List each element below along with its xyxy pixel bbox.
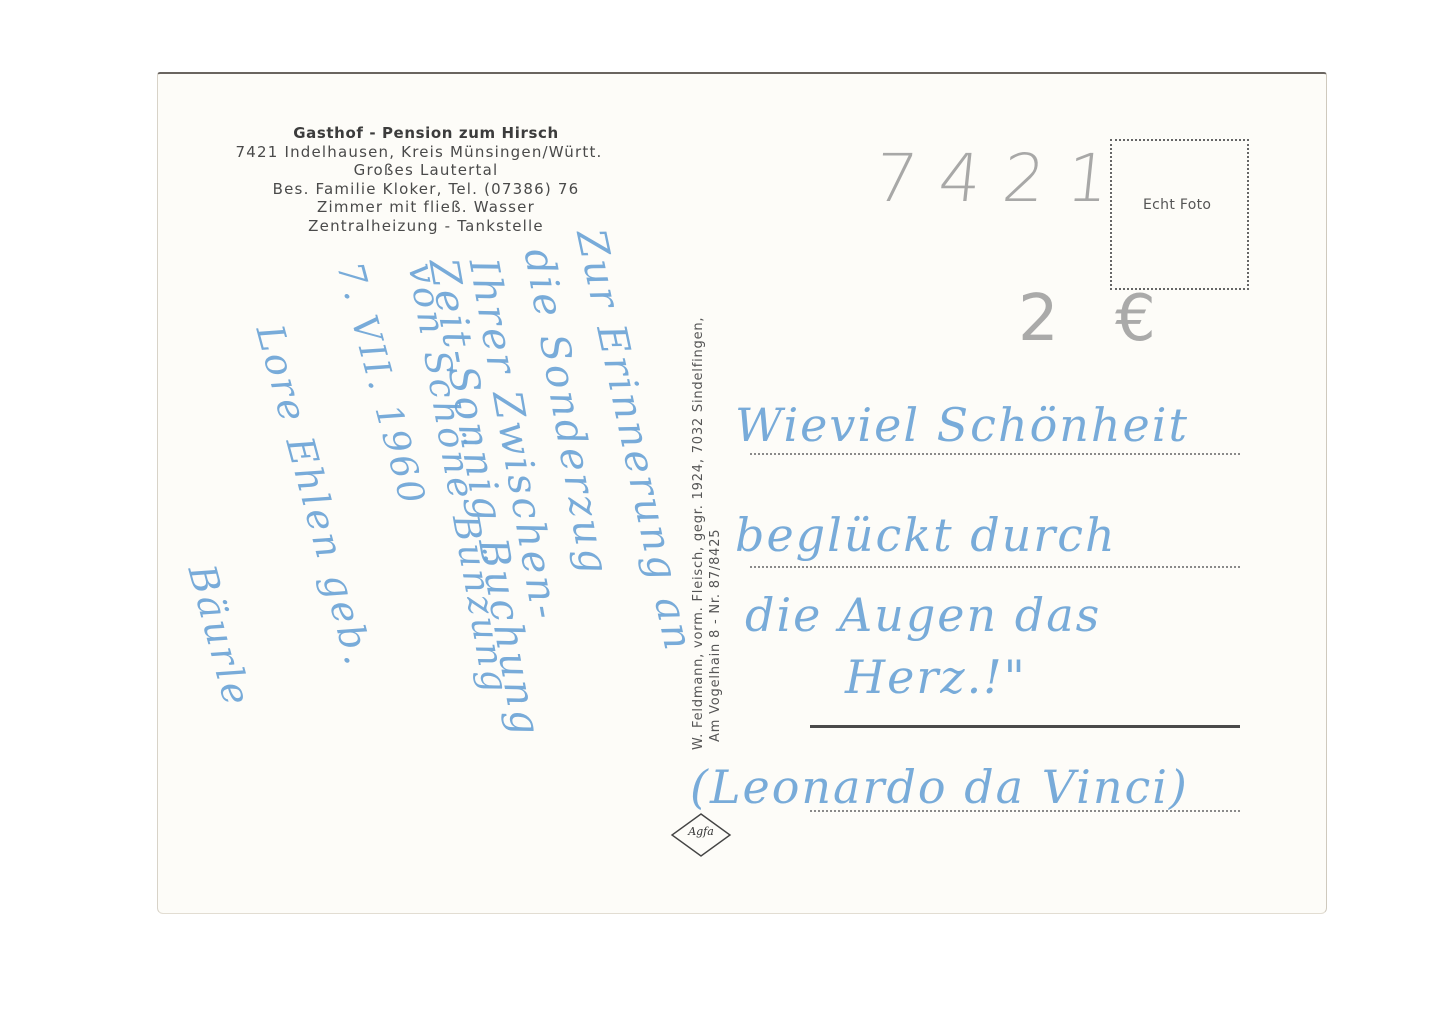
header-owner-line: Bes. Familie Kloker, Tel. (07386) 76 [226, 180, 626, 199]
handwriting-right-line-1: Wieviel Schönheit [735, 398, 1189, 452]
address-line-2 [750, 566, 1240, 568]
handwriting-right-line-5: (Leonardo da Vinci) [690, 760, 1189, 814]
sender-header: Gasthof - Pension zum Hirsch 7421 Indelh… [226, 124, 626, 235]
header-title: Gasthof - Pension zum Hirsch [226, 124, 626, 143]
header-address-line: 7421 Indelhausen, Kreis Münsingen/Württ. [212, 143, 626, 162]
header-amenities-line: Zentralheizung - Tankstelle [226, 217, 626, 236]
address-line-3 [810, 725, 1240, 728]
header-region-line: Großes Lautertal [226, 161, 626, 180]
publisher-line-1: W. Feldmann, vorm. Fleisch, gegr. 1924, … [690, 230, 707, 750]
agfa-diamond-logo-icon: Agfa [670, 812, 732, 858]
header-rooms-line: Zimmer mit fließ. Wasser [226, 198, 626, 217]
handwriting-right-line-4: Herz.!" [845, 650, 1027, 704]
handwriting-right-line-2: beglückt durch [735, 508, 1117, 562]
pencil-postal-code: 7421 [871, 140, 1135, 217]
stamp-label: Echt Foto [1143, 197, 1211, 213]
publisher-imprint: W. Feldmann, vorm. Fleisch, gegr. 1924, … [685, 230, 735, 750]
handwriting-right-line-3: die Augen das [745, 588, 1101, 642]
address-line-1 [750, 453, 1240, 455]
agfa-logo-text: Agfa [670, 825, 732, 838]
pencil-price: 2 € [1018, 282, 1174, 356]
publisher-line-2: Am Vogelhain 8 - Nr. 87/8425 [707, 230, 724, 750]
